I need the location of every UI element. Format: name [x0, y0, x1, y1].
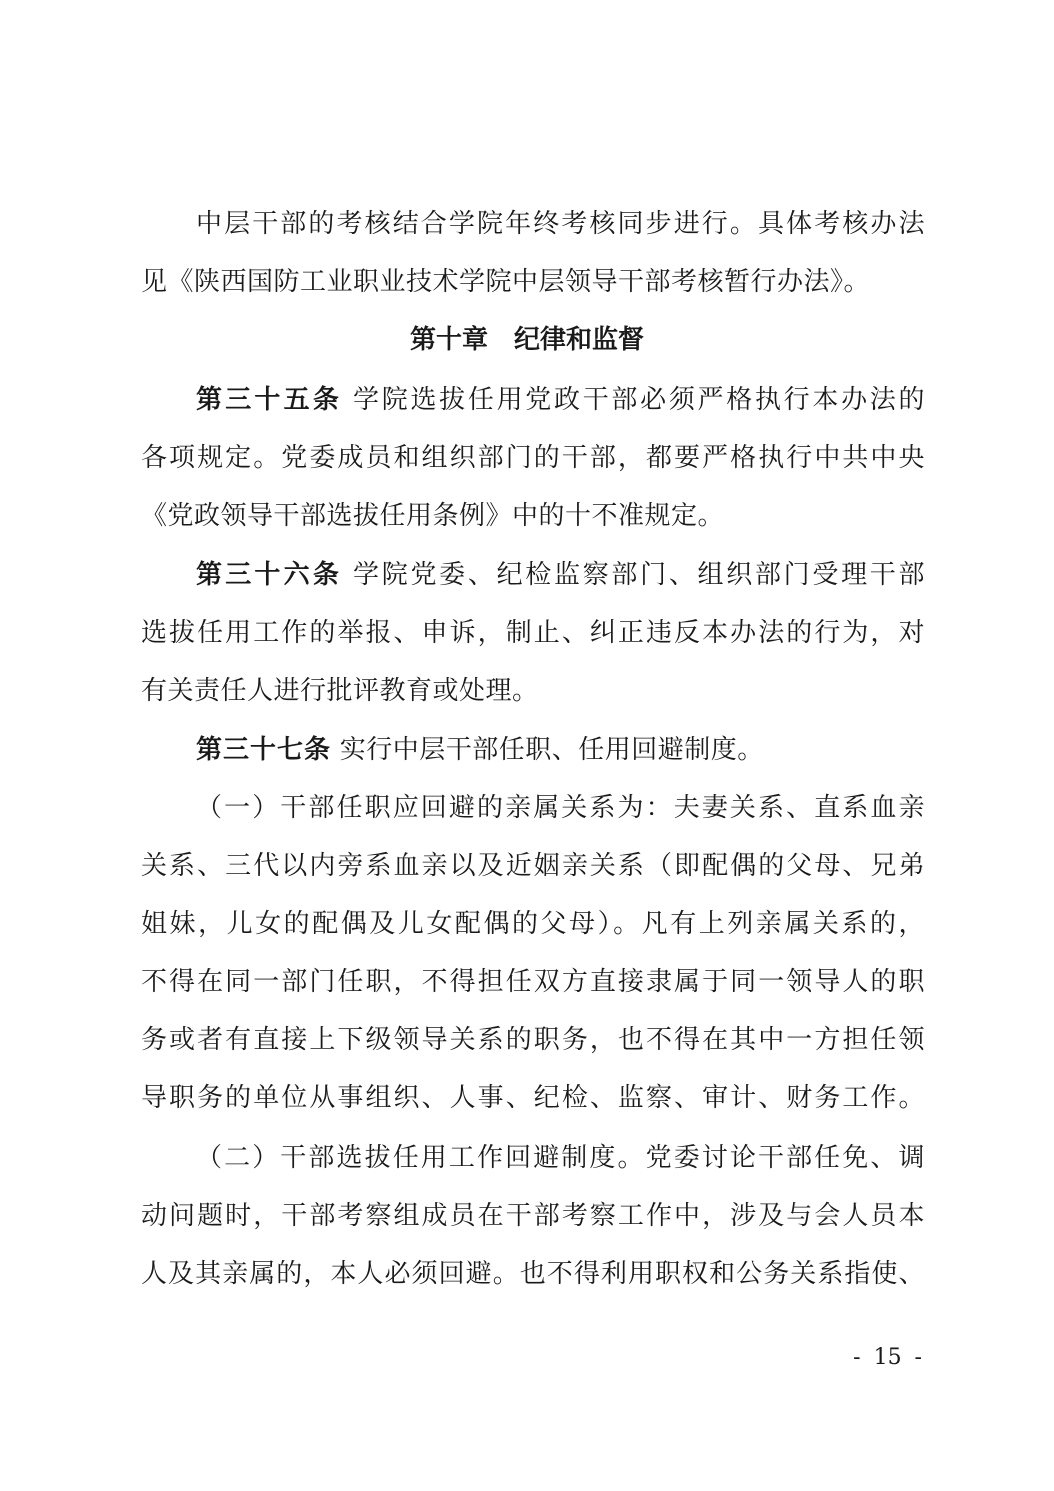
article-text: 实行中层干部任职、任用回避制度。	[340, 735, 764, 765]
article-37-first-line: 第三十七条 实行中层干部任职、任用回避制度。	[196, 730, 925, 770]
article-number: 第三十五条	[196, 385, 342, 415]
paragraph-line: 人及其亲属的，本人必须回避。也不得利用职权和公务关系指使、	[141, 1254, 925, 1294]
paragraph-line: 《党政领导干部选拔任用条例》中的十不准规定。	[141, 496, 925, 536]
paragraph-line: 动问题时，干部考察组成员在干部考察工作中，涉及与会人员本	[141, 1196, 925, 1236]
document-page: 中层干部的考核结合学院年终考核同步进行。具体考核办法 见《陕西国防工业职业技术学…	[0, 0, 1054, 1491]
paragraph-line: 各项规定。党委成员和组织部门的干部，都要严格执行中共中央	[141, 438, 925, 478]
paragraph-line: 中层干部的考核结合学院年终考核同步进行。具体考核办法	[196, 204, 925, 244]
paragraph-line: 不得在同一部门任职，不得担任双方直接隶属于同一领导人的职	[141, 962, 925, 1002]
clause-2-first-line: （二）干部选拔任用工作回避制度。党委讨论干部任免、调	[196, 1138, 925, 1178]
article-text: 学院选拔任用党政干部必须严格执行本办法的	[353, 385, 925, 415]
paragraph-line: 务或者有直接上下级领导关系的职务，也不得在其中一方担任领	[141, 1020, 925, 1060]
paragraph-line: 选拔任用工作的举报、申诉，制止、纠正违反本办法的行为，对	[141, 613, 925, 653]
article-36-first-line: 第三十六条 学院党委、纪检监察部门、组织部门受理干部	[196, 555, 925, 595]
article-35-first-line: 第三十五条 学院选拔任用党政干部必须严格执行本办法的	[196, 380, 925, 420]
paragraph-line: 导职务的单位从事组织、人事、纪检、监察、审计、财务工作。	[141, 1078, 925, 1118]
article-number: 第三十六条	[196, 560, 342, 590]
clause-1-first-line: （一）干部任职应回避的亲属关系为：夫妻关系、直系血亲	[196, 788, 925, 828]
page-number: - 15 -	[853, 1343, 922, 1373]
paragraph-line: 姐妹，儿女的配偶及儿女配偶的父母）。凡有上列亲属关系的，	[141, 904, 925, 944]
paragraph-line: 见《陕西国防工业职业技术学院中层领导干部考核暂行办法》。	[141, 262, 925, 302]
paragraph-line: 关系、三代以内旁系血亲以及近姻亲关系（即配偶的父母、兄弟	[141, 846, 925, 886]
article-text: 学院党委、纪检监察部门、组织部门受理干部	[353, 560, 925, 590]
paragraph-line: 有关责任人进行批评教育或处理。	[141, 671, 925, 711]
chapter-heading: 第十章 纪律和监督	[0, 320, 1054, 360]
article-number: 第三十七条	[196, 735, 331, 765]
